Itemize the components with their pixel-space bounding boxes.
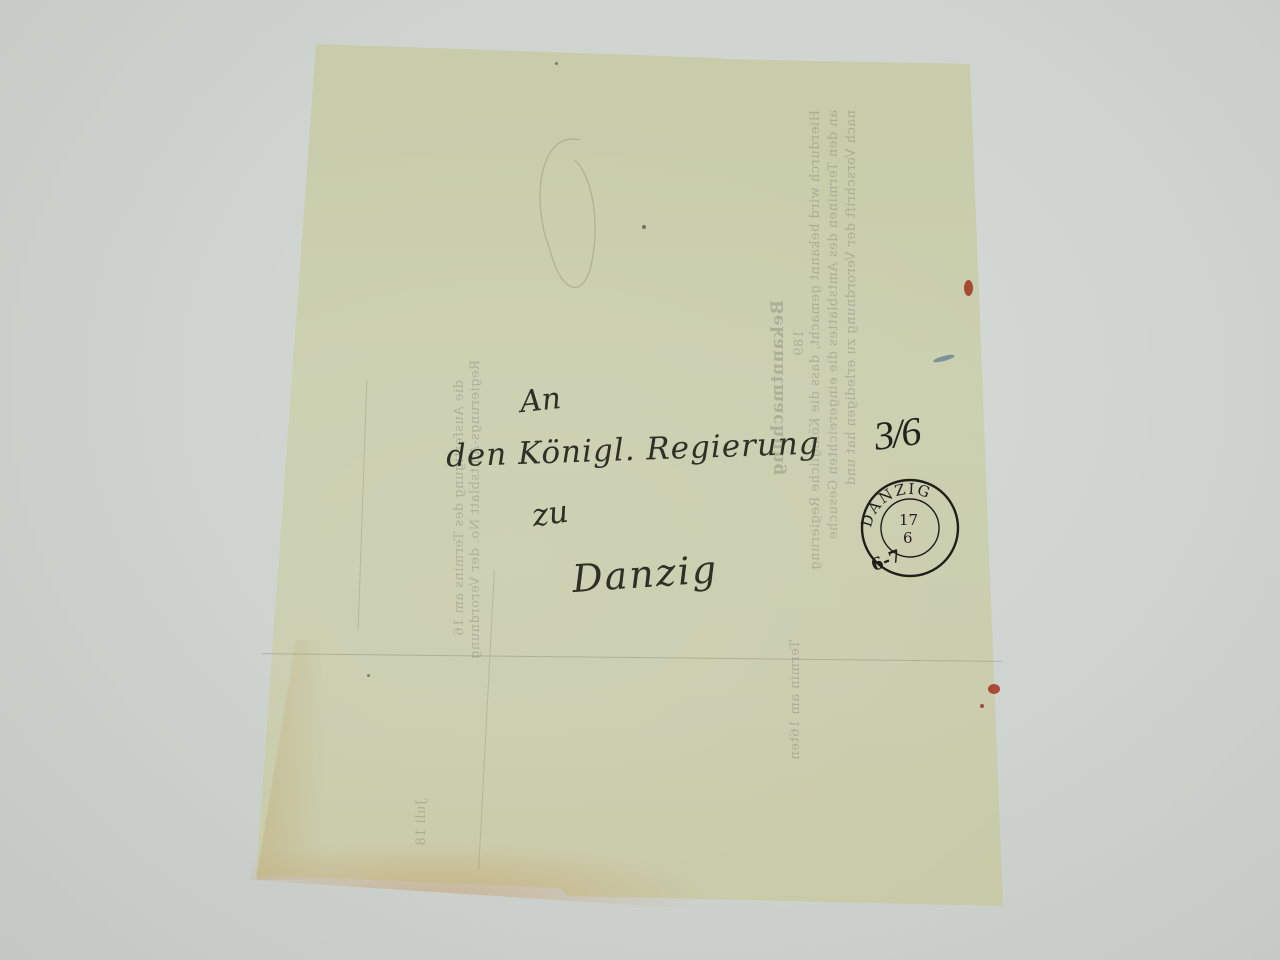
danzig-postmark: DANZIG 17 6 6-7 (857, 475, 963, 581)
pencil-sketch-mark (520, 120, 610, 320)
address-line-an: An (518, 381, 562, 420)
sealing-wax-spot-lower (988, 684, 1000, 694)
postmark-month: 6 (903, 529, 913, 547)
bleed-through-column-1: Hierdurch wird bekannt gemacht, dass die… (808, 110, 823, 570)
letter-photo: Hierdurch wird bekannt gemacht, dass die… (0, 0, 1280, 960)
bleed-through-column-3: nach Vorschrift der Verordnung zu erledi… (844, 110, 859, 486)
address-line-zu: zu (530, 494, 571, 535)
dust-speck (642, 225, 646, 229)
bleed-through-column-5: die Ausfertigung des Termins am 16 (452, 380, 467, 636)
bleed-through-column-2: an den Terminen des Amtsblattes die eing… (826, 110, 841, 540)
sealing-wax-spot-upper (964, 280, 973, 296)
bleed-through-column-4: Regierungs-Amtsblatt No. der Verordnung (468, 360, 483, 659)
postmark-day: 17 (899, 511, 918, 529)
bleed-through-column-6: Termin am 16ten (788, 640, 803, 760)
paper-sheet (0, 0, 1280, 960)
bleed-through-year: 189 (792, 330, 807, 356)
docket-number: 3/6 (871, 407, 922, 460)
svg-text:DANZIG: DANZIG (857, 480, 934, 529)
dust-speck (367, 674, 370, 677)
bleed-through-column-7: Juli 18 (414, 800, 429, 846)
dust-speck (555, 62, 558, 65)
sealing-wax-speck (980, 704, 984, 708)
